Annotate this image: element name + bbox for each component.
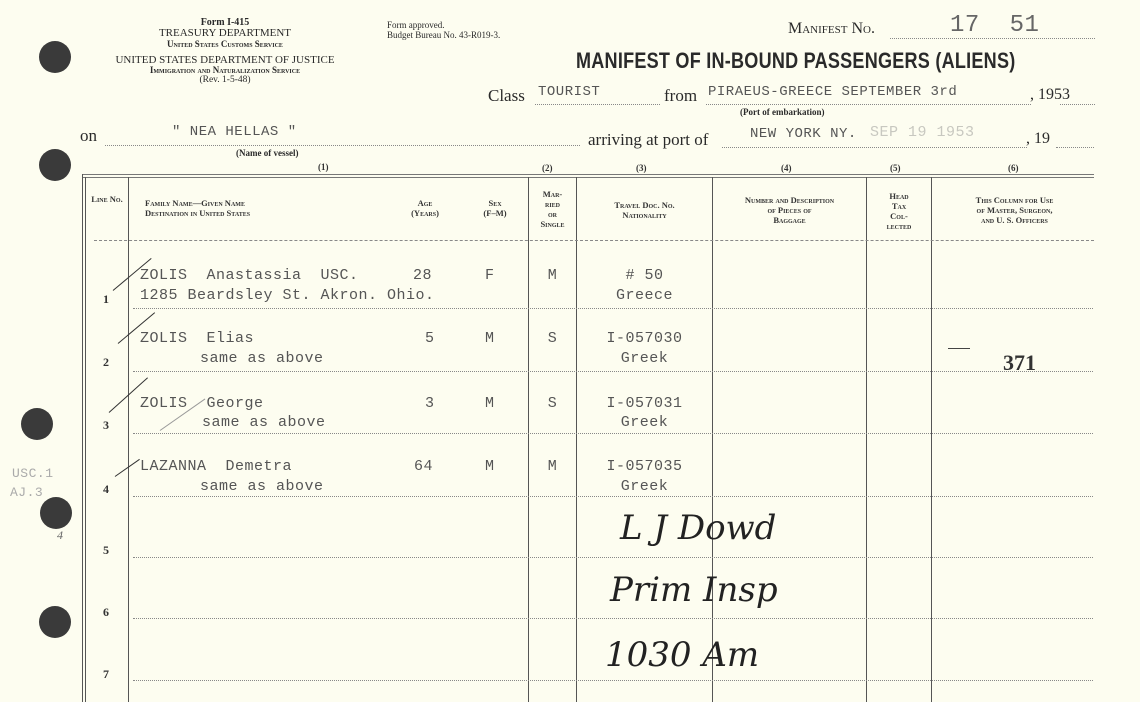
class-label: Class — [488, 86, 525, 106]
colnum-1: (1) — [318, 162, 329, 172]
dept-treasury: TREASURY DEPARTMENT — [80, 28, 370, 39]
passenger-name: ZOLIS Anastassia USC. — [140, 267, 359, 284]
header-head-tax-l1: Head — [867, 191, 931, 201]
header-bottom-rule — [94, 240, 1094, 241]
manifest-no-value: 17 51 — [950, 12, 1039, 39]
header-officers-l3: and U. S. Officers — [932, 215, 1097, 225]
passenger-name: LAZANNA Demetra — [140, 458, 292, 475]
year-line — [1060, 104, 1095, 105]
marital-status: S — [529, 330, 576, 347]
row-rule — [133, 308, 1093, 309]
col-divider — [528, 177, 529, 702]
table-left-border — [82, 174, 83, 702]
header-married-l1: Mar- — [529, 189, 576, 199]
travel-doc: I-057035 — [577, 458, 712, 475]
sex: M — [485, 458, 495, 475]
header-name-line1: Family Name—Given Name — [145, 198, 250, 208]
from-value: PIRAEUS-GREECE SEPTEMBER 3rd — [708, 84, 957, 100]
punch-hole — [39, 149, 71, 181]
header-head-tax-l2: Tax — [867, 201, 931, 211]
col-divider — [712, 177, 713, 702]
class-line — [535, 104, 660, 105]
header-married-l3: or — [529, 209, 576, 219]
vessel-line — [105, 145, 580, 146]
colnum-4: (4) — [781, 163, 792, 173]
port-caption: (Port of embarkation) — [740, 107, 824, 117]
nationality: Greek — [577, 478, 712, 495]
arrival-stamp: SEP 19 1953 — [870, 124, 975, 141]
line-number: 7 — [84, 667, 128, 682]
marital-status: M — [529, 458, 576, 475]
colnum-6: (6) — [1008, 163, 1019, 173]
approval-line2: Budget Bureau No. 43-R019-3. — [387, 30, 500, 40]
ins-service: Immigration and Naturalization Service — [80, 66, 370, 75]
header-baggage-l3: Baggage — [713, 215, 866, 225]
header-age-line2: (Years) — [400, 208, 450, 218]
travel-doc: # 50 — [577, 267, 712, 284]
header-sex-line1: Sex — [470, 198, 520, 208]
revision: (Rev. 1-5-48) — [80, 75, 370, 86]
row-rule — [133, 680, 1093, 681]
header-married-l4: Single — [529, 219, 576, 229]
header-age: Age (Years) — [400, 198, 450, 218]
nationality: Greek — [577, 350, 712, 367]
officers-dash — [948, 348, 970, 349]
col-divider — [128, 177, 129, 702]
header-travel-doc-l1: Travel Doc. No. — [577, 200, 712, 210]
year-value: , 1953 — [1030, 86, 1070, 104]
arriving-label: arriving at port of — [588, 130, 708, 150]
punch-hole — [40, 497, 72, 529]
age: 3 — [425, 395, 435, 412]
header-travel-doc-l2: Nationality — [577, 210, 712, 220]
age: 64 — [414, 458, 433, 475]
header-married: Mar- ried or Single — [529, 189, 576, 229]
header-sex: Sex (F–M) — [470, 198, 520, 218]
marital-status: S — [529, 395, 576, 412]
margin-note-line2: AJ.3 — [10, 485, 43, 500]
destination: same as above — [202, 414, 326, 431]
colnum-3: (3) — [636, 163, 647, 173]
travel-doc: I-057030 — [577, 330, 712, 347]
header-name: Family Name—Given Name Destination in Un… — [145, 198, 250, 218]
arriving-value: NEW YORK NY. — [750, 126, 857, 142]
table-top-border — [82, 174, 1094, 175]
from-line — [706, 104, 1031, 105]
header-officers-l2: of Master, Surgeon, — [932, 205, 1097, 215]
punch-hole — [39, 41, 71, 73]
header-officers: This Column for Use of Master, Surgeon, … — [932, 195, 1097, 225]
destination: same as above — [200, 350, 324, 367]
row-rule — [133, 496, 1093, 497]
sex: M — [485, 330, 495, 347]
line-number: 6 — [84, 605, 128, 620]
arriving-line — [722, 147, 1027, 148]
table-top-border-2 — [82, 177, 1094, 178]
age: 5 — [425, 330, 435, 347]
header-age-line1: Age — [400, 198, 450, 208]
marital-status: M — [529, 267, 576, 284]
margin-note-line1: USC.1 — [12, 466, 54, 481]
approval-block: Form approved. Budget Bureau No. 43-R019… — [387, 20, 500, 40]
age: 28 — [413, 267, 432, 284]
row-rule — [133, 557, 1093, 558]
header-sex-line2: (F–M) — [470, 208, 520, 218]
sex: M — [485, 395, 495, 412]
colnum-5: (5) — [890, 163, 901, 173]
from-label: from — [664, 86, 697, 106]
punch-hole — [39, 606, 71, 638]
line-number: 1 — [84, 292, 128, 307]
header-officers-l1: This Column for Use — [932, 195, 1097, 205]
header-head-tax-l3: Col- — [867, 211, 931, 221]
class-value: TOURIST — [538, 84, 600, 100]
row-rule — [133, 618, 1093, 619]
row-rule — [133, 433, 1093, 434]
inspection-time: 1030 Am — [605, 635, 759, 675]
colnum-2: (2) — [542, 163, 553, 173]
margin-note-mark: 4 — [57, 528, 63, 543]
destination: same as above — [200, 478, 324, 495]
table-left-border-2 — [85, 177, 86, 702]
page-title: MANIFEST OF IN-BOUND PASSENGERS (ALIENS) — [576, 48, 1015, 74]
travel-doc: I-057031 — [577, 395, 712, 412]
inspector-signature: L J Dowd — [620, 508, 776, 548]
inspection-note: Prim Insp — [610, 570, 778, 610]
col-divider — [576, 177, 577, 702]
customs-service: United States Customs Service — [80, 39, 370, 50]
vessel-value: " NEA HELLAS " — [172, 124, 297, 140]
arrival-year: , 19 — [1026, 130, 1050, 148]
line-number: 5 — [84, 543, 128, 558]
col-divider — [931, 177, 932, 702]
arrival-year-line — [1056, 147, 1094, 148]
header-head-tax: Head Tax Col- lected — [867, 191, 931, 231]
line-number: 4 — [84, 482, 128, 497]
row-rule — [133, 371, 1093, 372]
passenger-name: ZOLIS George — [140, 395, 264, 412]
line-number: 2 — [84, 355, 128, 370]
header-baggage-l2: of Pieces of — [713, 205, 866, 215]
manifest-no-label: Manifest No. — [788, 20, 875, 38]
approval-line1: Form approved. — [387, 20, 500, 30]
sex: F — [485, 267, 495, 284]
header-name-line2: Destination in United States — [145, 208, 250, 218]
header-married-l2: ried — [529, 199, 576, 209]
col-divider — [866, 177, 867, 702]
agency-block: Form I-415 TREASURY DEPARTMENT United St… — [80, 18, 370, 86]
header-line-no: Line No. — [86, 194, 128, 204]
nationality: Greece — [577, 287, 712, 304]
officer-mark: 371 — [1003, 350, 1036, 376]
punch-hole — [21, 408, 53, 440]
header-head-tax-l4: lected — [867, 221, 931, 231]
on-label: on — [80, 126, 97, 146]
nationality: Greek — [577, 414, 712, 431]
header-baggage-l1: Number and Description — [713, 195, 866, 205]
vessel-caption: (Name of vessel) — [236, 148, 298, 158]
destination: 1285 Beardsley St. Akron. Ohio. — [140, 287, 435, 304]
header-travel-doc: Travel Doc. No. Nationality — [577, 200, 712, 220]
passenger-name: ZOLIS Elias — [140, 330, 254, 347]
line-number: 3 — [84, 418, 128, 433]
header-baggage: Number and Description of Pieces of Bagg… — [713, 195, 866, 225]
